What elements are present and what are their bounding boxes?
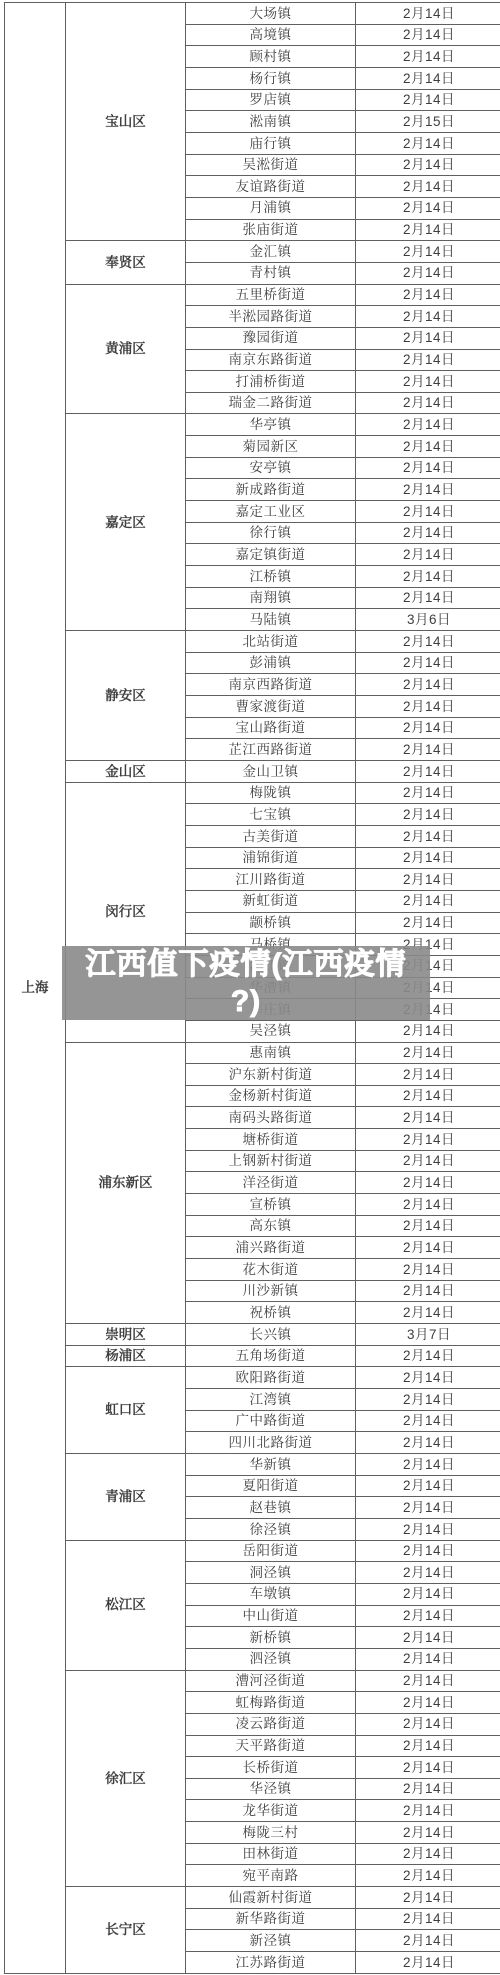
date-cell: 2月14日 [356, 1562, 500, 1584]
area-cell: 徐行镇 [186, 522, 356, 544]
date-cell: 2月14日 [356, 371, 500, 393]
area-cell: 宣桥镇 [186, 1194, 356, 1216]
date-cell: 2月14日 [356, 1778, 500, 1800]
date-cell: 2月14日 [356, 501, 500, 523]
date-cell: 2月14日 [356, 284, 500, 306]
area-cell: 华亭镇 [186, 414, 356, 436]
date-cell: 2月14日 [356, 1713, 500, 1735]
date-cell: 2月14日 [356, 414, 500, 436]
date-cell: 2月14日 [356, 1302, 500, 1324]
date-cell: 2月14日 [356, 717, 500, 739]
date-cell: 2月14日 [356, 1605, 500, 1627]
date-cell: 2月14日 [356, 1042, 500, 1064]
date-cell: 2月15日 [356, 111, 500, 133]
date-cell: 2月14日 [356, 1215, 500, 1237]
district-cell: 嘉定区 [66, 414, 186, 631]
area-cell: 祝桥镇 [186, 1302, 356, 1324]
area-cell: 宛平南路 [186, 1865, 356, 1887]
date-cell: 2月14日 [356, 522, 500, 544]
date-cell: 2月14日 [356, 912, 500, 934]
date-cell: 2月14日 [356, 1129, 500, 1151]
area-cell: 北站街道 [186, 631, 356, 653]
date-cell: 2月14日 [356, 132, 500, 154]
district-cell: 黄浦区 [66, 284, 186, 414]
date-cell: 2月14日 [356, 782, 500, 804]
date-cell: 2月14日 [356, 1237, 500, 1259]
area-cell: 曹家渡街道 [186, 696, 356, 718]
area-cell: 龙华街道 [186, 1800, 356, 1822]
date-cell: 2月14日 [356, 1367, 500, 1389]
date-cell: 2月14日 [356, 197, 500, 219]
area-cell: 泗泾镇 [186, 1648, 356, 1670]
date-cell: 2月14日 [356, 1064, 500, 1086]
district-cell: 奉贤区 [66, 241, 186, 284]
area-cell: 中山街道 [186, 1605, 356, 1627]
area-cell: 田林街道 [186, 1843, 356, 1865]
area-cell: 梅陇镇 [186, 782, 356, 804]
date-cell: 2月14日 [356, 1800, 500, 1822]
region-cell: 上海 [5, 3, 66, 1974]
date-cell: 2月14日 [356, 1648, 500, 1670]
district-cell: 宝山区 [66, 3, 186, 241]
area-cell: 江桥镇 [186, 566, 356, 588]
area-cell: 夏阳街道 [186, 1475, 356, 1497]
date-cell: 2月14日 [356, 1692, 500, 1714]
date-cell: 2月14日 [356, 1843, 500, 1865]
date-cell: 2月14日 [356, 804, 500, 826]
date-cell: 2月14日 [356, 436, 500, 458]
screenshot-root: 上海宝山区大场镇2月14日高境镇2月14日顾村镇2月14日杨行镇2月14日罗店镇… [0, 0, 500, 1975]
date-cell: 2月14日 [356, 392, 500, 414]
date-cell: 2月14日 [356, 1670, 500, 1692]
date-cell: 2月14日 [356, 1432, 500, 1454]
date-cell: 2月14日 [356, 3, 500, 25]
area-cell: 车墩镇 [186, 1583, 356, 1605]
date-cell: 2月14日 [356, 1020, 500, 1042]
area-cell: 菊园新区 [186, 436, 356, 458]
date-cell: 2月14日 [356, 1627, 500, 1649]
area-cell: 月浦镇 [186, 197, 356, 219]
date-cell: 2月14日 [356, 869, 500, 891]
area-cell: 新桥镇 [186, 1627, 356, 1649]
area-cell: 豫园街道 [186, 327, 356, 349]
area-cell: 青村镇 [186, 262, 356, 284]
district-cell: 徐汇区 [66, 1670, 186, 1887]
district-cell: 虹口区 [66, 1367, 186, 1454]
area-cell: 仙霞新村街道 [186, 1887, 356, 1909]
area-cell: 彭浦镇 [186, 652, 356, 674]
date-cell: 2月14日 [356, 479, 500, 501]
area-cell: 罗店镇 [186, 89, 356, 111]
area-cell: 南京西路街道 [186, 674, 356, 696]
area-cell: 天平路街道 [186, 1735, 356, 1757]
area-cell: 江苏路街道 [186, 1952, 356, 1974]
table-row: 崇明区长兴镇3月7日 [5, 1324, 500, 1346]
date-cell: 2月14日 [356, 1952, 500, 1974]
table-row: 奉贤区金汇镇2月14日 [5, 241, 500, 263]
date-cell: 2月14日 [356, 24, 500, 46]
date-cell: 2月14日 [356, 1735, 500, 1757]
date-cell: 2月14日 [356, 631, 500, 653]
area-cell: 宝山路街道 [186, 717, 356, 739]
area-cell: 浦兴路街道 [186, 1237, 356, 1259]
date-cell: 2月14日 [356, 67, 500, 89]
table-row: 松江区岳阳街道2月14日 [5, 1540, 500, 1562]
area-cell: 沪东新村街道 [186, 1064, 356, 1086]
date-cell: 2月14日 [356, 1822, 500, 1844]
district-cell: 松江区 [66, 1540, 186, 1670]
date-cell: 2月14日 [356, 89, 500, 111]
watermark-line2: ?) [231, 983, 261, 1020]
date-cell: 2月14日 [356, 890, 500, 912]
area-cell: 漕河泾街道 [186, 1670, 356, 1692]
table-row: 黄浦区五里桥街道2月14日 [5, 284, 500, 306]
area-cell: 南翔镇 [186, 587, 356, 609]
watermark-line1: 江西值下疫情(江西疫情 [86, 946, 407, 983]
area-cell: 杨行镇 [186, 67, 356, 89]
date-cell: 2月14日 [356, 696, 500, 718]
area-cell: 金汇镇 [186, 241, 356, 263]
area-cell: 五角场街道 [186, 1345, 356, 1367]
date-cell: 2月14日 [356, 566, 500, 588]
district-cell: 青浦区 [66, 1453, 186, 1540]
area-cell: 大场镇 [186, 3, 356, 25]
date-cell: 2月14日 [356, 1757, 500, 1779]
date-cell: 2月14日 [356, 1583, 500, 1605]
area-cell: 新泾镇 [186, 1930, 356, 1952]
district-cell: 长宁区 [66, 1887, 186, 1974]
area-cell: 七宝镇 [186, 804, 356, 826]
table-row: 杨浦区五角场街道2月14日 [5, 1345, 500, 1367]
area-cell: 五里桥街道 [186, 284, 356, 306]
date-cell: 2月14日 [356, 1389, 500, 1411]
area-cell: 安亭镇 [186, 457, 356, 479]
date-cell: 2月14日 [356, 176, 500, 198]
date-cell: 2月14日 [356, 544, 500, 566]
table-row: 嘉定区华亭镇2月14日 [5, 414, 500, 436]
area-cell: 淞南镇 [186, 111, 356, 133]
date-cell: 2月14日 [356, 46, 500, 68]
area-cell: 花木街道 [186, 1259, 356, 1281]
area-cell: 南码头路街道 [186, 1107, 356, 1129]
table-row: 虹口区欧阳路街道2月14日 [5, 1367, 500, 1389]
watermark-overlay: 江西值下疫情(江西疫情 ?) [62, 946, 430, 1020]
area-cell: 高东镇 [186, 1215, 356, 1237]
area-cell: 吴泾镇 [186, 1020, 356, 1042]
area-cell: 金山卫镇 [186, 760, 356, 782]
table-row: 闵行区梅陇镇2月14日 [5, 782, 500, 804]
area-cell: 长兴镇 [186, 1324, 356, 1346]
date-cell: 2月14日 [356, 1280, 500, 1302]
area-cell: 广中路街道 [186, 1410, 356, 1432]
district-cell: 浦东新区 [66, 1042, 186, 1324]
area-cell: 颛桥镇 [186, 912, 356, 934]
date-cell: 2月14日 [356, 1497, 500, 1519]
date-cell: 2月14日 [356, 1085, 500, 1107]
district-cell: 金山区 [66, 760, 186, 782]
area-cell: 虹梅路街道 [186, 1692, 356, 1714]
area-cell: 马陆镇 [186, 609, 356, 631]
table-row: 浦东新区惠南镇2月14日 [5, 1042, 500, 1064]
area-cell: 洞泾镇 [186, 1562, 356, 1584]
area-cell: 赵巷镇 [186, 1497, 356, 1519]
area-cell: 欧阳路街道 [186, 1367, 356, 1389]
area-cell: 华新镇 [186, 1453, 356, 1475]
area-cell: 浦锦街道 [186, 847, 356, 869]
date-cell: 2月14日 [356, 327, 500, 349]
date-cell: 2月14日 [356, 1908, 500, 1930]
date-cell: 2月14日 [356, 1172, 500, 1194]
area-cell: 金杨新村街道 [186, 1085, 356, 1107]
area-cell: 四川北路街道 [186, 1432, 356, 1454]
date-cell: 2月14日 [356, 1930, 500, 1952]
table-row: 长宁区仙霞新村街道2月14日 [5, 1887, 500, 1909]
date-cell: 2月14日 [356, 306, 500, 328]
area-cell: 凌云路街道 [186, 1713, 356, 1735]
area-cell: 江湾镇 [186, 1389, 356, 1411]
date-cell: 2月14日 [356, 241, 500, 263]
date-cell: 2月14日 [356, 1540, 500, 1562]
date-cell: 2月14日 [356, 825, 500, 847]
area-cell: 半淞园路街道 [186, 306, 356, 328]
date-cell: 2月14日 [356, 1518, 500, 1540]
table-row: 青浦区华新镇2月14日 [5, 1453, 500, 1475]
district-cell: 崇明区 [66, 1324, 186, 1346]
date-cell: 2月14日 [356, 457, 500, 479]
date-cell: 2月14日 [356, 674, 500, 696]
area-cell: 江川路街道 [186, 869, 356, 891]
district-cell: 杨浦区 [66, 1345, 186, 1367]
area-cell: 新虹街道 [186, 890, 356, 912]
district-cell: 静安区 [66, 631, 186, 761]
area-cell: 庙行镇 [186, 132, 356, 154]
table-row: 徐汇区漕河泾街道2月14日 [5, 1670, 500, 1692]
area-cell: 上钢新村街道 [186, 1150, 356, 1172]
area-cell: 古美街道 [186, 825, 356, 847]
date-cell: 2月14日 [356, 349, 500, 371]
area-cell: 长桥街道 [186, 1757, 356, 1779]
area-cell: 塘桥街道 [186, 1129, 356, 1151]
date-cell: 2月14日 [356, 262, 500, 284]
area-cell: 徐泾镇 [186, 1518, 356, 1540]
table-row: 金山区金山卫镇2月14日 [5, 760, 500, 782]
date-cell: 2月14日 [356, 1150, 500, 1172]
date-cell: 2月14日 [356, 739, 500, 761]
area-cell: 新成路街道 [186, 479, 356, 501]
area-cell: 瑞金二路街道 [186, 392, 356, 414]
date-cell: 2月14日 [356, 652, 500, 674]
date-cell: 2月14日 [356, 1410, 500, 1432]
area-cell: 打浦桥街道 [186, 371, 356, 393]
date-cell: 2月14日 [356, 219, 500, 241]
area-cell: 芷江西路街道 [186, 739, 356, 761]
area-cell: 吴淞街道 [186, 154, 356, 176]
table-row: 静安区北站街道2月14日 [5, 631, 500, 653]
area-cell: 嘉定工业区 [186, 501, 356, 523]
date-cell: 2月14日 [356, 1475, 500, 1497]
date-cell: 2月14日 [356, 760, 500, 782]
date-cell: 3月7日 [356, 1324, 500, 1346]
date-cell: 2月14日 [356, 1865, 500, 1887]
date-cell: 2月14日 [356, 847, 500, 869]
area-cell: 梅陇三村 [186, 1822, 356, 1844]
date-cell: 3月6日 [356, 609, 500, 631]
area-cell: 洋泾街道 [186, 1172, 356, 1194]
date-cell: 2月14日 [356, 587, 500, 609]
date-cell: 2月14日 [356, 1107, 500, 1129]
table-row: 上海宝山区大场镇2月14日 [5, 3, 500, 25]
date-cell: 2月14日 [356, 154, 500, 176]
area-cell: 岳阳街道 [186, 1540, 356, 1562]
area-cell: 惠南镇 [186, 1042, 356, 1064]
area-cell: 南京东路街道 [186, 349, 356, 371]
date-cell: 2月14日 [356, 1194, 500, 1216]
area-cell: 嘉定镇街道 [186, 544, 356, 566]
area-cell: 友谊路街道 [186, 176, 356, 198]
area-cell: 新华路街道 [186, 1908, 356, 1930]
area-cell: 顾村镇 [186, 46, 356, 68]
date-cell: 2月14日 [356, 1453, 500, 1475]
area-cell: 张庙街道 [186, 219, 356, 241]
area-cell: 华泾镇 [186, 1778, 356, 1800]
area-cell: 高境镇 [186, 24, 356, 46]
area-cell: 川沙新镇 [186, 1280, 356, 1302]
date-cell: 2月14日 [356, 1887, 500, 1909]
date-cell: 2月14日 [356, 1345, 500, 1367]
date-cell: 2月14日 [356, 1259, 500, 1281]
